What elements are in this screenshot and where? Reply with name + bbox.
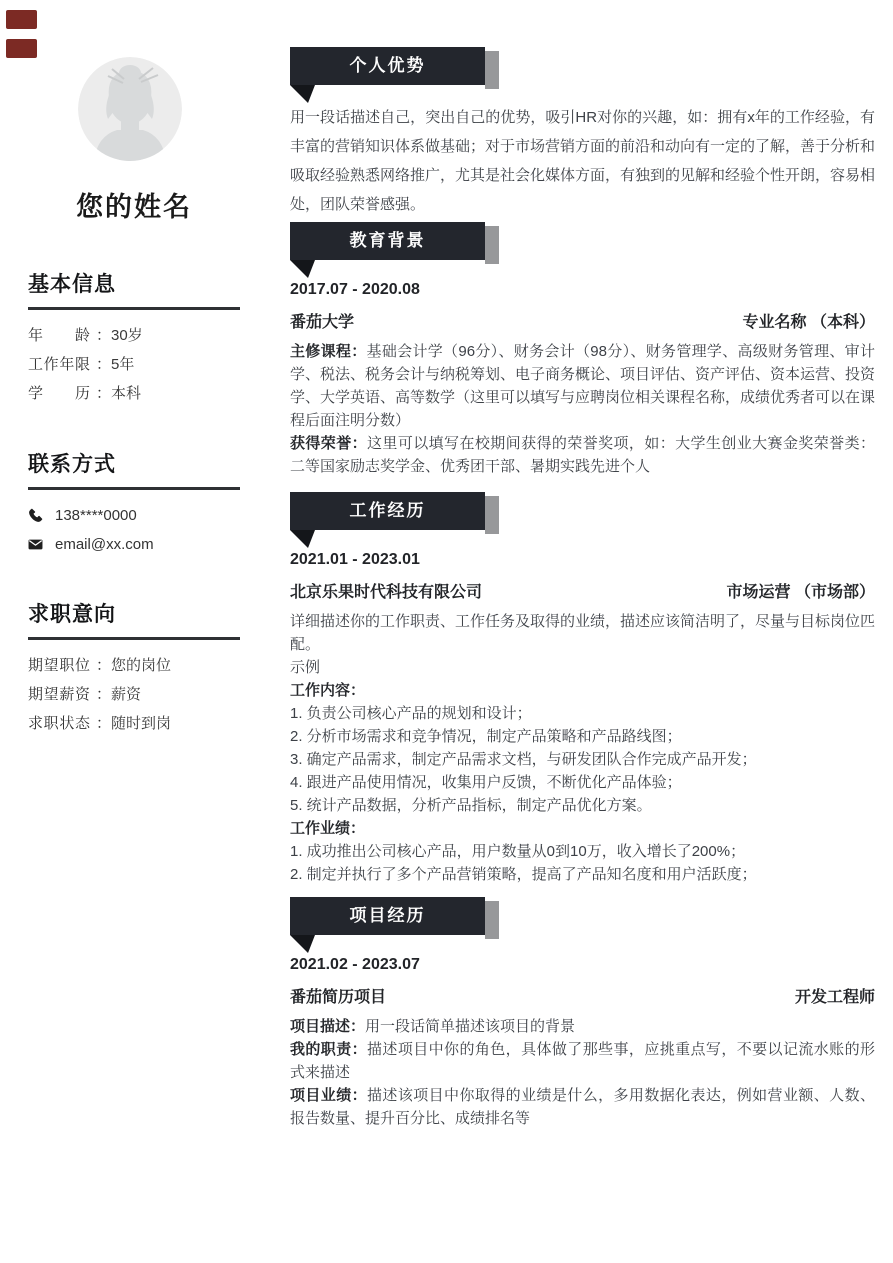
line-text: 基础会计学（96分）、财务会计（98分）、财务管理学、高级财务管理、审计学、税法… [290,343,875,429]
text-line: 3. 确定产品需求，制定产品需求文档，与研发团队合作完成产品开发； [290,748,875,771]
email-value: email@xx.com [55,534,154,555]
line-text: 描述项目中你的角色，具体做了那些事，应挑重点写，不要以记流水账的形式来描述 [290,1041,875,1081]
colon: ： [96,713,111,734]
line-text: 4. 跟进产品使用情况，收集用户反馈，不断优化产品体验； [290,774,682,791]
text-line: 详细描述你的工作职责、工作任务及取得的业绩，描述应该简洁明了，尽量与目标岗位匹配… [290,610,875,656]
person-silhouette-icon [78,57,182,161]
line-label: 项目业绩： [290,1087,367,1104]
banner-accent [485,226,499,264]
entry-date-range: 2021.02 - 2023.07 [290,955,875,975]
banner-fold [290,530,315,548]
info-row-degree: 学历 ： 本科 [28,383,240,404]
text-line: 项目业绩：描述该项目中你取得的业绩是什么，多用数据化表达，例如营业额、人数、报告… [290,1084,875,1130]
job-intention-rows: 期望职位 ： 您的岗位 期望薪资 ： 薪资 求职状态 ： 随时到岗 [28,655,240,734]
section-advantage: 个人优势 用一段话描述自己，突出自己的优势，吸引HR对你的兴趣，如：拥有x年的工… [290,47,875,219]
line-label: 工作业绩： [290,820,365,837]
banner-accent [485,496,499,534]
email-row: email@xx.com [28,534,240,555]
contact-title: 联系方式 [28,452,240,490]
section-body: 用一段话描述自己，突出自己的优势，吸引HR对你的兴趣，如：拥有x年的工作经验，有… [290,103,875,219]
colon: ： [96,684,111,705]
section-banner: 工作经历 [290,492,875,530]
line-text: 2. 分析市场需求和竞争情况，制定产品策略和产品路线图； [290,728,682,745]
entry-header: 番茄大学 专业名称 （本科） [290,312,875,334]
job-intention-section: 求职意向 期望职位 ： 您的岗位 期望薪资 ： 薪资 求职状态 ： 随时到岗 [28,602,240,742]
line-text: 2. 制定并执行了多个产品营销策略，提高了产品知名度和用户活跃度； [290,866,757,883]
line-label: 获得荣誉： [290,435,367,452]
line-text: 3. 确定产品需求，制定产品需求文档，与研发团队合作完成产品开发； [290,751,757,768]
text-line: 用一段话描述自己，突出自己的优势，吸引HR对你的兴趣，如：拥有x年的工作经验，有… [290,103,875,219]
text-line: 1. 负责公司核心产品的规划和设计； [290,702,875,725]
text-line: 项目描述：用一段话简单描述该项目的背景 [290,1015,875,1038]
line-text: 1. 负责公司核心产品的规划和设计； [290,705,532,722]
banner-accent [485,51,499,89]
intent-row-salary: 期望薪资 ： 薪资 [28,684,240,705]
contact-rows: 138****0000 email@xx.com [28,505,240,555]
line-label: 工作内容： [290,682,365,699]
text-line: 示例 [290,656,875,679]
section-banner: 项目经历 [290,897,875,935]
section-banner: 个人优势 [290,47,875,85]
colon: ： [96,354,111,375]
basic-info-section: 基本信息 年龄 ： 30岁 工作年限 ： 5年 学历 ： 本科 [28,272,240,412]
entry-organization: 番茄大学 [290,312,354,334]
entry-date-range: 2021.01 - 2023.01 [290,550,875,570]
info-row-experience: 工作年限 ： 5年 [28,354,240,375]
section-project: 项目经历 2021.02 - 2023.07 番茄简历项目 开发工程师 项目描述… [290,897,875,1130]
line-label: 我的职责： [290,1041,367,1058]
section-body: 详细描述你的工作职责、工作任务及取得的业绩，描述应该简洁明了，尽量与目标岗位匹配… [290,610,875,886]
phone-icon [28,508,44,524]
intent-label: 期望职位 [28,655,90,676]
basic-info-title: 基本信息 [28,272,240,310]
entry-position: 开发工程师 [795,987,875,1009]
phone-value: 138****0000 [55,505,137,526]
section-title: 工作经历 [290,492,485,530]
section-work: 工作经历 2021.01 - 2023.01 北京乐果时代科技有限公司 市场运营… [290,492,875,886]
candidate-name: 您的姓名 [28,191,240,223]
text-line: 1. 成功推出公司核心产品，用户数量从0到10万，收入增长了200%； [290,840,875,863]
info-row-age: 年龄 ： 30岁 [28,325,240,346]
intent-row-position: 期望职位 ： 您的岗位 [28,655,240,676]
corner-mark [6,10,37,29]
line-label: 项目描述： [290,1018,365,1035]
info-label: 学历 [28,383,90,404]
banner-fold [290,935,315,953]
line-text: 描述该项目中你取得的业绩是什么，多用数据化表达，例如营业额、人数、报告数量、提升… [290,1087,875,1127]
intent-value: 薪资 [111,684,141,705]
contact-section: 联系方式 138****0000 email@xx.com [28,452,240,563]
phone-row: 138****0000 [28,505,240,526]
text-line: 工作业绩： [290,817,875,840]
resume-page: { "decor": { "corner_marks_color": "#7c2… [0,0,893,1263]
section-title: 教育背景 [290,222,485,260]
text-line: 主修课程：基础会计学（96分）、财务会计（98分）、财务管理学、高级财务管理、审… [290,340,875,432]
banner-fold [290,260,315,278]
entry-organization: 番茄简历项目 [290,987,386,1009]
line-text: 用一段话简单描述该项目的背景 [365,1018,575,1035]
info-value: 5年 [111,354,134,375]
info-label: 年龄 [28,325,90,346]
section-education: 教育背景 2017.07 - 2020.08 番茄大学 专业名称 （本科） 主修… [290,222,875,478]
mail-icon [28,537,44,553]
colon: ： [96,655,111,676]
line-text: 详细描述你的工作职责、工作任务及取得的业绩，描述应该简洁明了，尽量与目标岗位匹配… [290,613,875,653]
line-label: 主修课程： [290,343,367,360]
section-title: 个人优势 [290,47,485,85]
entry-date-range: 2017.07 - 2020.08 [290,280,875,300]
banner-accent [485,901,499,939]
text-line: 工作内容： [290,679,875,702]
section-body: 项目描述：用一段话简单描述该项目的背景我的职责：描述项目中你的角色，具体做了那些… [290,1015,875,1130]
text-line: 4. 跟进产品使用情况，收集用户反馈，不断优化产品体验； [290,771,875,794]
line-text: 用一段话描述自己，突出自己的优势，吸引HR对你的兴趣，如：拥有x年的工作经验，有… [290,109,875,213]
colon: ： [96,383,111,404]
entry-header: 番茄简历项目 开发工程师 [290,987,875,1009]
intent-row-status: 求职状态 ： 随时到岗 [28,713,240,734]
job-intention-title: 求职意向 [28,602,240,640]
text-line: 我的职责：描述项目中你的角色，具体做了那些事，应挑重点写，不要以记流水账的形式来… [290,1038,875,1084]
text-line: 获得荣誉：这里可以填写在校期间获得的荣誉奖项，如：大学生创业大赛金奖荣誉类：二等… [290,432,875,478]
line-text: 这里可以填写在校期间获得的荣誉奖项，如：大学生创业大赛金奖荣誉类：二等国家励志奖… [290,435,875,475]
text-line: 5. 统计产品数据，分析产品指标，制定产品优化方案。 [290,794,875,817]
line-text: 5. 统计产品数据，分析产品指标，制定产品优化方案。 [290,797,652,814]
intent-label: 求职状态 [28,713,90,734]
entry-header: 北京乐果时代科技有限公司 市场运营 （市场部） [290,582,875,604]
entry-position: 市场运营 （市场部） [727,582,875,604]
intent-value: 随时到岗 [111,713,171,734]
info-value: 本科 [111,383,141,404]
section-title: 项目经历 [290,897,485,935]
text-line: 2. 制定并执行了多个产品营销策略，提高了产品知名度和用户活跃度； [290,863,875,886]
info-label: 工作年限 [28,354,90,375]
line-text: 示例 [290,659,320,676]
colon: ： [96,325,111,346]
avatar [78,57,182,161]
intent-label: 期望薪资 [28,684,90,705]
text-line: 2. 分析市场需求和竞争情况，制定产品策略和产品路线图； [290,725,875,748]
line-text: 1. 成功推出公司核心产品，用户数量从0到10万，收入增长了200%； [290,843,745,860]
corner-mark [6,39,37,58]
entry-position: 专业名称 （本科） [743,312,875,334]
section-banner: 教育背景 [290,222,875,260]
entry-organization: 北京乐果时代科技有限公司 [290,582,482,604]
info-value: 30岁 [111,325,143,346]
section-body: 主修课程：基础会计学（96分）、财务会计（98分）、财务管理学、高级财务管理、审… [290,340,875,478]
basic-info-rows: 年龄 ： 30岁 工作年限 ： 5年 学历 ： 本科 [28,325,240,404]
intent-value: 您的岗位 [111,655,171,676]
banner-fold [290,85,315,103]
